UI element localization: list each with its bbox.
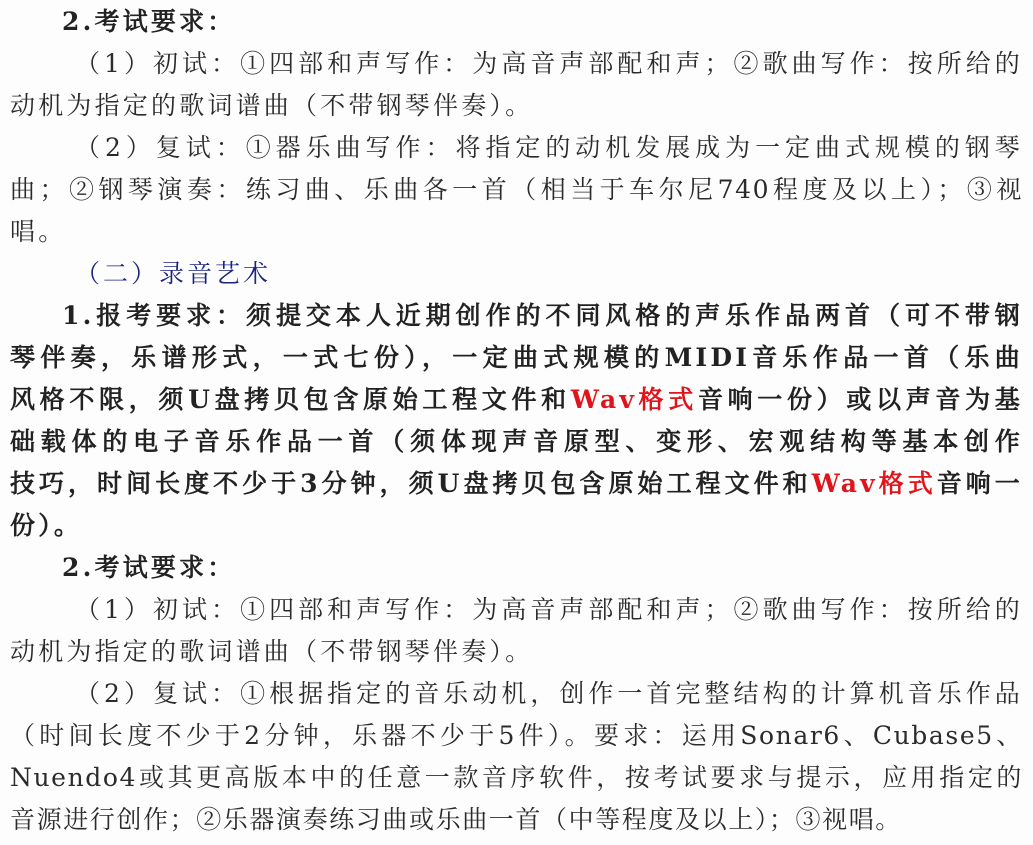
wav-format-highlight: Wav格式 (812, 469, 937, 498)
apply-requirements-line-2: 琴伴奏，乐谱形式，一式七份），一定曲式规模的MIDI音乐作品一首（乐曲 (10, 337, 1023, 379)
retest-line-1: （2）复试：①器乐曲写作：将指定的动机发展成为一定曲式规模的钢琴 (75, 127, 1023, 169)
exam-requirements-title: 2.考试要求： (62, 1, 1023, 43)
preliminary-exam-line-2: 动机为指定的歌词谱曲（不带钢琴伴奏）。 (10, 85, 1023, 127)
apply-requirements-line-3: 风格不限，须U盘拷贝包含原始工程文件和Wav格式音响一份）或以声音为基 (10, 379, 1023, 421)
retest-2-line-4: 音源进行创作；②乐器演奏练习曲或乐曲一首（中等程度及以上）；③视唱。 (10, 799, 1023, 841)
retest-line-2: 曲；②钢琴演奏：练习曲、乐曲各一首（相当于车尔尼740程度及以上）；③视 (10, 169, 1023, 211)
retest-2-line-3: Nuendo4或其更高版本中的任意一款音序软件，按考试要求与提示，应用指定的 (10, 757, 1023, 799)
text-segment: 音响一 (937, 469, 1023, 498)
apply-requirements-line-5: 技巧，时间长度不少于3分钟，须U盘拷贝包含原始工程文件和Wav格式音响一 (10, 463, 1023, 505)
wav-format-highlight: Wav格式 (571, 385, 698, 414)
text-segment: 琴伴奏，乐谱形式，一式七份），一定曲式规模的 (10, 343, 665, 372)
preliminary-exam-2-line-1: （1）初试：①四部和声写作：为高音声部配和声；②歌曲写作：按所给的 (75, 589, 1023, 631)
text-segment: 音响一份）或以声音为基 (698, 385, 1023, 414)
exam-requirements-title-2: 2.考试要求： (62, 547, 1023, 589)
midi-term: MIDI (665, 343, 751, 372)
preliminary-exam-line-1: （1）初试：①四部和声写作：为高音声部配和声；②歌曲写作：按所给的 (75, 43, 1023, 85)
apply-requirements-line-4: 础载体的电子音乐作品一首（须体现声音原型、变形、宏观结构等基本创作 (10, 421, 1023, 463)
document-page: 2.考试要求： （1）初试：①四部和声写作：为高音声部配和声；②歌曲写作：按所给… (0, 0, 1033, 845)
text-segment: 音乐作品一首（乐曲 (750, 343, 1023, 372)
text-segment: 技巧，时间长度不少于3分钟，须U盘拷贝包含原始工程文件和 (10, 469, 812, 498)
retest-2-line-1: （2）复试：①根据指定的音乐动机，创作一首完整结构的计算机音乐作品 (75, 673, 1023, 715)
apply-requirements-line-1: 1.报考要求：须提交本人近期创作的不同风格的声乐作品两首（可不带钢 (62, 295, 1023, 337)
text-segment: 风格不限，须U盘拷贝包含原始工程文件和 (10, 385, 571, 414)
retest-2-line-2: （时间长度不少于2分钟，乐器不少于5件）。要求：运用Sonar6、Cubase5… (10, 715, 1023, 757)
preliminary-exam-2-line-2: 动机为指定的歌词谱曲（不带钢琴伴奏）。 (10, 631, 1023, 673)
retest-line-3: 唱。 (10, 211, 1023, 253)
apply-requirements-line-6: 份）。 (10, 505, 1023, 547)
section-heading-recording-art: （二）录音艺术 (75, 253, 1023, 295)
